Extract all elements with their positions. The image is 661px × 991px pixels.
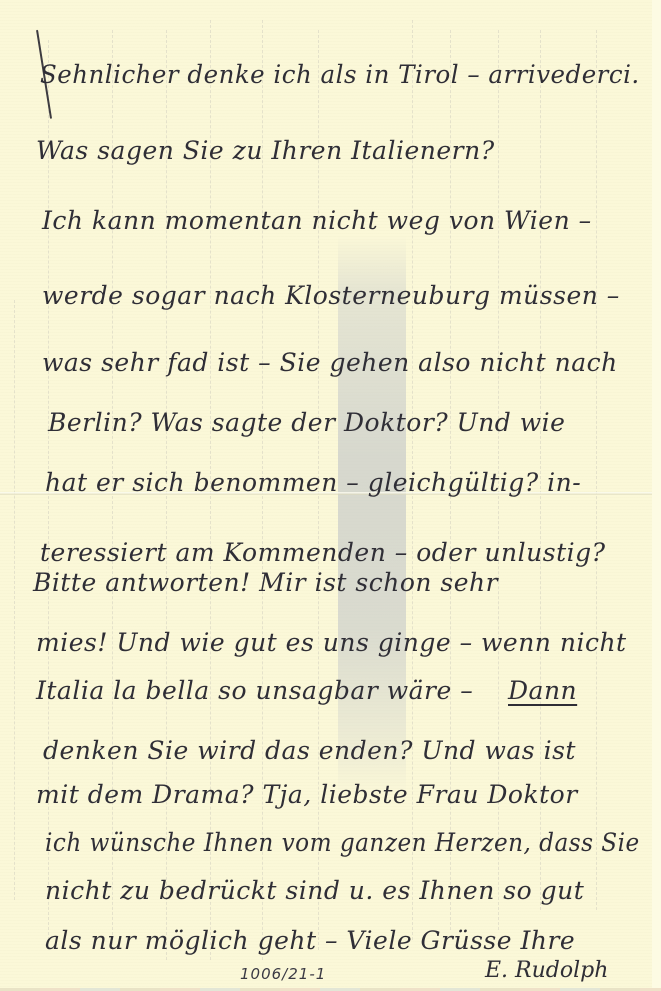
letter-line: Berlin? Was sagte der Doktor? Und wie [48,410,565,435]
letter-line: ich wünsche Ihnen vom ganzen Herzen, das… [45,830,640,855]
underlined-word: Dann [508,678,577,703]
signature: E. Rudolph [485,958,608,983]
letter-line: Bitte antworten! Mir ist schon sehr [33,570,498,595]
letter-line: mies! Und wie gut es uns ginge – wenn ni… [36,630,627,655]
scan-shadow-band [338,235,406,795]
letter-line: teressiert am Kommenden – oder unlustig? [40,540,606,565]
letter-line: mit dem Drama? Tja, liebste Frau Doktor [36,782,578,807]
letter-line: nicht zu bedrückt sind u. es Ihnen so gu… [45,878,584,903]
letter-line: Ich kann momentan nicht weg von Wien – [42,208,592,233]
letter-line: hat er sich benommen – gleichgültig? in- [45,470,581,495]
letter-line: denken Sie wird das enden? Und was ist [43,738,576,763]
letter-line: als nur möglich geht – Viele Grüsse Ihre [45,928,575,953]
letter-line: Was sagen Sie zu Ihren Italienern? [36,138,495,163]
letter-page: Sehnlicher denke ich als in Tirol – arri… [0,0,652,988]
letter-line: was sehr fad ist – Sie gehen also nicht … [42,350,618,375]
letter-line: Italia la bella so unsagbar wäre – [36,678,473,703]
letter-line: Sehnlicher denke ich als in Tirol – arri… [40,62,640,87]
archive-number: 1006/21-1 [240,965,326,983]
letter-line: werde sogar nach Klosterneuburg müssen – [42,283,620,308]
